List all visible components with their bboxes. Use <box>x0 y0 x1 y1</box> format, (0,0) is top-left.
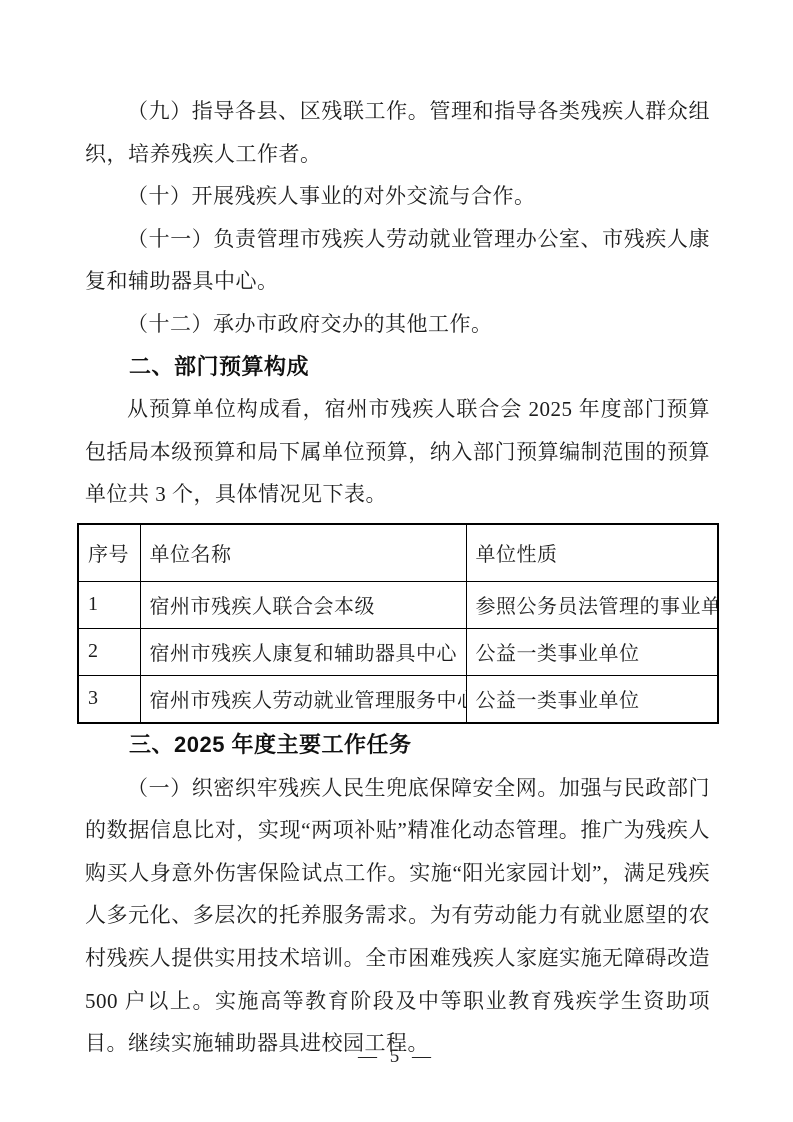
document-page: （九）指导各县、区残联工作。管理和指导各类残疾人群众组织，培养残疾人工作者。 （… <box>0 0 793 1122</box>
table-cell-seq: 2 <box>78 628 140 675</box>
table-cell-seq: 1 <box>78 581 140 628</box>
document-content: （九）指导各县、区残联工作。管理和指导各类残疾人群众组织，培养残疾人工作者。 （… <box>85 90 710 1065</box>
paragraph-duty-12: （十二）承办市政府交办的其他工作。 <box>85 303 710 346</box>
page-number: — 5 — <box>0 1046 793 1068</box>
table-cell-unit-name: 宿州市残疾人劳动就业管理服务中心 <box>140 675 466 723</box>
paragraph-duty-9: （九）指导各县、区残联工作。管理和指导各类残疾人群众组织，培养残疾人工作者。 <box>85 90 710 175</box>
table-cell-unit-name: 宿州市残疾人联合会本级 <box>140 581 466 628</box>
table-row: 3 宿州市残疾人劳动就业管理服务中心 公益一类事业单位 <box>78 675 718 723</box>
paragraph-duty-11: （十一）负责管理市残疾人劳动就业管理办公室、市残疾人康复和辅助器具中心。 <box>85 218 710 303</box>
table-header-cell-unit-name: 单位名称 <box>140 524 466 582</box>
paragraph-duty-10: （十）开展残疾人事业的对外交流与合作。 <box>85 175 710 218</box>
section-heading-2025-tasks: 三、2025 年度主要工作任务 <box>85 724 710 767</box>
task-1-body-text: 加强与民政部门的数据信息比对，实现“两项补贴”精准化动态管理。推广为残疾人购买人… <box>85 776 710 1056</box>
section-heading-budget-composition: 二、部门预算构成 <box>85 346 710 389</box>
table-cell-unit-type: 参照公务员法管理的事业单位 <box>466 581 718 628</box>
task-1-lead-sentence: （一）织密织牢残疾人民生兜底保障安全网。 <box>127 776 559 800</box>
table-cell-unit-type: 公益一类事业单位 <box>466 675 718 723</box>
paragraph-task-1: （一）织密织牢残疾人民生兜底保障安全网。加强与民政部门的数据信息比对，实现“两项… <box>85 767 710 1065</box>
table-row: 1 宿州市残疾人联合会本级 参照公务员法管理的事业单位 <box>78 581 718 628</box>
table-cell-unit-name: 宿州市残疾人康复和辅助器具中心 <box>140 628 466 675</box>
table-header-cell-seq: 序号 <box>78 524 140 582</box>
table-header-cell-unit-type: 单位性质 <box>466 524 718 582</box>
budget-units-table: 序号 单位名称 单位性质 1 宿州市残疾人联合会本级 参照公务员法管理的事业单位… <box>77 523 719 724</box>
table-header-row: 序号 单位名称 单位性质 <box>78 524 718 582</box>
table-row: 2 宿州市残疾人康复和辅助器具中心 公益一类事业单位 <box>78 628 718 675</box>
table-cell-seq: 3 <box>78 675 140 723</box>
table-cell-unit-type: 公益一类事业单位 <box>466 628 718 675</box>
paragraph-budget-intro: 从预算单位构成看，宿州市残疾人联合会 2025 年度部门预算包括局本级预算和局下… <box>85 388 710 516</box>
